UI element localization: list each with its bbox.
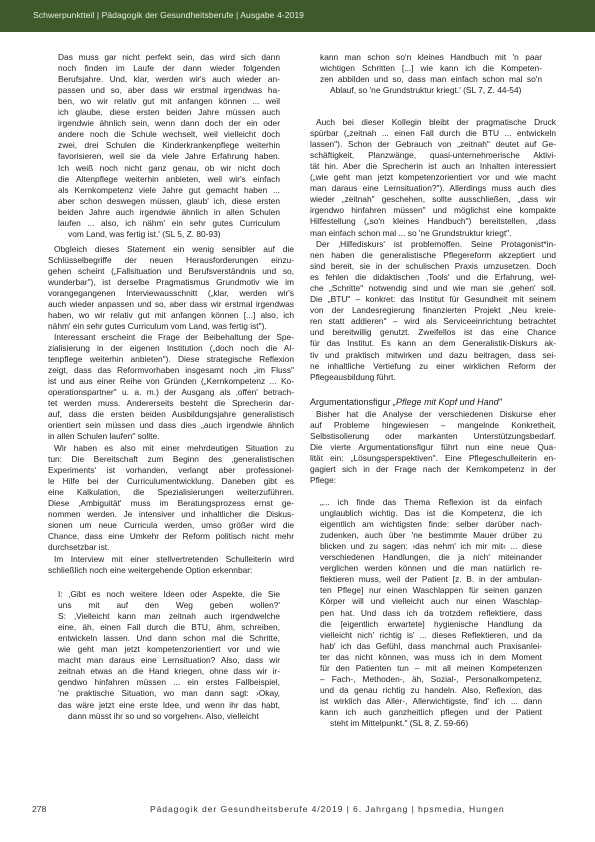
block-quote-line: unglaublich wichtig. Das ist die Kompete… (320, 508, 542, 519)
block-quote-line: „... ich finde das Thema Reflexion ist d… (320, 497, 542, 508)
paragraph-line: haben, wo wir relativ gut mit anfangen k… (48, 310, 294, 321)
block-quote-line: laufen ... also, ich nähm' ein sehr gute… (58, 218, 280, 229)
block-quote-line: wie geht man jetzt kompetenzorientiert v… (58, 644, 280, 655)
paragraph-line: man einfach schon mal ... so 'ne Grundst… (310, 228, 511, 239)
section-heading-prefix: Argumentationsfigur (310, 397, 393, 407)
block-quote-line: vielleicht nich' richtig is' ... dieses … (320, 630, 542, 641)
paragraph-line: eine Kalkulation, die Spezialisierungen … (48, 487, 294, 498)
paragraph-line: gehen scheint („Fallsituation und Berufs… (48, 266, 294, 277)
paragraph-line: orientiert sein müssen und dass dies „au… (48, 420, 294, 431)
paragraph-line: Chance, dass eine Umkehr der Reform poli… (48, 531, 294, 542)
block-quote-line: und da genau richtig zu handeln. Also, R… (320, 685, 542, 696)
block-quote-line: Das muss gar nicht perfekt sein, das wir… (58, 52, 280, 63)
paragraph-line: ist und aus einer Reihe von Gründen („Ke… (48, 376, 294, 387)
block-quote-line: – Fach-, Methoden-, äh, Sozial-, Persona… (320, 674, 542, 685)
block-quote-line: pen hat. Und dass ich da trotzdem reflek… (320, 608, 542, 619)
paragraph-line: Schlüsselbegriffe der neuen Herausforder… (48, 255, 294, 266)
block-quote-line: ten Pflege] nur einen Waschlappen für se… (320, 585, 542, 596)
block-quote-line: die Altenpflege weiterhin anbieten, weil… (58, 174, 280, 185)
paragraph-line: ren statt addieren" – wird als Serviceei… (310, 316, 556, 327)
paragraph-line: sind bereit, sie in der schulischen Prax… (310, 261, 556, 272)
paragraph-line: sionen um neue Curricula werden, umso gr… (48, 520, 294, 531)
paragraph-line: ne inhaltliche Vertiefung zu einer wirkl… (310, 361, 556, 372)
paragraph-line: auf, dass die ersten beiden Ausbildungsj… (48, 409, 294, 420)
paragraph-line: Experiments' ist vorhanden, verlangt abe… (48, 465, 294, 476)
block-quote-line: S: ‚Vielleicht kann man zeitnah auch irg… (58, 611, 280, 622)
block-quote-line: entwickeln lassen. Und dann schon mal di… (58, 633, 280, 644)
block-quote-line: uns mit auf den Weg geben wollen?' (58, 600, 280, 611)
block-quote-line: flektieren muss, weil der Patient [z. B.… (320, 574, 542, 585)
block-quote-line: dann müsst ihr so und so vorgehen‹. Also… (58, 711, 304, 722)
block-quote-line: noch finden im Laufe der dann wieder fol… (58, 63, 280, 74)
block-quote-line: vom Land, was fertig ist.' (SL 5, Z. 80-… (58, 229, 304, 240)
paragraph-line: Diese ‚Ambiguität' muss im Beratungsproz… (48, 498, 294, 509)
paragraph-line: von der Landesregierung finanzierten Pro… (310, 305, 556, 316)
block-quote-line: Ich weiß noch nicht ganz genau, ob wir n… (58, 163, 280, 174)
block-quote-line: Körper will und vielleicht auch nur eine… (320, 596, 542, 607)
block-quote-line: Ablauf, so 'ne Grundstruktur kriegt.' (S… (320, 85, 566, 96)
paragraph-line: Pflege: (310, 475, 336, 486)
block-quote-line: irgendwie ähnlich sein, wenn dann doch d… (58, 118, 280, 129)
block-quote-line: ben, wo wir relativ gut mit anfangen kön… (58, 96, 280, 107)
paragraph-line: Wir haben es also mit einer mehrdeutigen… (48, 443, 294, 454)
block-quote-line: verglichen werden können und die man nat… (320, 563, 542, 574)
paragraph-line: tun: Die Bereitschaft zum Beginn des ‚ge… (48, 454, 294, 465)
running-header-title: Schwerpunktteil | Pädagogik der Gesundhe… (33, 10, 304, 20)
paragraph-line: che „Schritte" notwendig sind und wie ma… (310, 283, 556, 294)
paragraph-line: tet werden muss. Andererseits besteht di… (48, 398, 294, 409)
block-quote-line: zen abbilden und so, dass man einfach sc… (320, 74, 542, 85)
paragraph-line: nommen werden. Je intensiver und inhaltl… (48, 509, 294, 520)
block-quote-line: andere noch die Schule wechselt, weil vi… (58, 129, 280, 140)
paragraph-line: Selbstisolierung oder markanten Unterstü… (310, 431, 556, 442)
paragraph-line: Interessant erscheint die Frage der Beib… (48, 332, 294, 343)
paragraph-line: Der ‚Hilfediskurs' ist problemoffen. Sei… (310, 239, 556, 250)
paragraph-line: Obgleich dieses Statement ein wenig sens… (48, 244, 294, 255)
page-footer: 278 Pädagogik der Gesundheitsberufe 4/20… (0, 804, 595, 818)
block-quote-line: beiden Jahre auch irgendwie ähnlich in a… (58, 207, 280, 218)
block-quote-line: favorisieren, weil sie da viele Jahre Er… (58, 151, 280, 162)
running-header-bar: Schwerpunktteil | Pädagogik der Gesundhe… (0, 0, 595, 32)
block-quote-line: 'ne praktische Situation, wo man dann sa… (58, 688, 280, 699)
block-quote-line: ist wirklich das Aller-, Allerwichtigste… (320, 696, 542, 707)
block-quote-line: als Kernkompetenz viele Jahre gut gemach… (58, 185, 280, 196)
paragraph-line: in allen Schulen laufen" sollte. (48, 431, 159, 442)
block-quote-line: steht im Mittelpunkt." (SL 8, Z. 59-66) (320, 718, 566, 729)
block-quote-line: kann ich auch ganzheitlich pflegen und d… (320, 707, 542, 718)
paragraph-line: tenpflege weiterhin anbieten"). Diese st… (48, 354, 294, 365)
block-quote-line: zwei, drei Schulen die Kinderkrankenpfle… (58, 140, 280, 151)
block-quote-line: die [eigentlich erwartete] hygienische H… (320, 619, 542, 630)
paragraph-line: auf Probleme hingewiesen – mangelnde Kon… (310, 420, 556, 431)
paragraph-line: lassen"). Schon der Gebrauch von „zeitna… (310, 139, 556, 150)
paragraph-line: irgendwo hinfahren müssen" und möglichst… (310, 205, 556, 216)
paragraph-line: auch wieder anpassen und so, aber dass w… (48, 299, 294, 310)
paragraph-line: Die „BTU" – konkret: das Institut für Ge… (310, 294, 556, 305)
paragraph-line: nen haben die generalistische Pflegerefo… (310, 250, 556, 261)
block-quote-line: hab' ich das Gefühl, dass manchmal auch … (320, 641, 542, 652)
paragraph-line: le Hilfe bei der Curriculumentwicklung. … (48, 476, 294, 487)
block-quote-line: ich glaube, diese ersten beiden Jahre mü… (58, 107, 280, 118)
paragraph-line: wunderbar"), ist derselbe Pragmatismus G… (48, 277, 294, 288)
block-quote-line: gendwo hinfahren müssen ... ein erstes F… (58, 677, 280, 688)
paragraph-line: lität ein: „Lösungsperspektiven". Eine P… (310, 453, 556, 464)
block-quote-line: aber schon deswegen müssen, glaub' ich, … (58, 196, 280, 207)
paragraph-line: wieder „zeitnah" geschehen, sollte aussc… (310, 194, 556, 205)
paragraph-line: operationspartner" u. a. m.) der Ausgang… (48, 387, 294, 398)
block-quote-line: zudenken, auch über 'ne bestimmte Mauer … (320, 530, 542, 541)
paragraph-line: schäftigkeit, Planzwänge, quasi-unterneh… (310, 150, 556, 161)
block-quote-line: ter das nicht können, was muss ich in de… (320, 652, 542, 663)
block-quote-line: für den Patienten tun – mit all meinen K… (320, 663, 542, 674)
paragraph-line: gagiert sich in der Frage nach der Kernk… (310, 464, 556, 475)
block-quote-line: blicken und zu sagen: ›das nehm' ich mir… (320, 541, 542, 552)
block-quote-line: kann man schon so'n kleines Handbuch mit… (320, 52, 542, 63)
block-quote-line: macht man daraus eine Lernsituation? Als… (58, 655, 280, 666)
section-heading: Argumentationsfigur „Pflege mit Kopf und… (310, 397, 502, 407)
block-quote-line: eine, äh, einen Fall durch die BTU, ähm,… (58, 622, 280, 633)
block-quote-line: I: ‚Gibt es noch weitere Ideen oder Aspe… (58, 589, 280, 600)
paragraph-line: Auch bei dieser Kollegin bleibt der prag… (310, 117, 556, 128)
block-quote-line: wichtigen Schritten [...] wie kann ich d… (320, 63, 542, 74)
paragraph-line: man daraus eine Lernsituation?"). Allerd… (310, 183, 556, 194)
paragraph-line: tiv und praktisch mitwirken und dazu bei… (310, 350, 556, 361)
paragraph-line: vorangegangenen Interviewausschnitt („kl… (48, 288, 294, 299)
paragraph-line: Bisher hat die Analyse der verschiedenen… (310, 409, 556, 420)
paragraph-line: tät hin. Aber die Sprecherin ist auch an… (310, 161, 556, 172)
paragraph-line: durchsetzbar ist. (48, 542, 109, 553)
block-quote-line: verschiedenen Handlungen, die ja nich' m… (320, 552, 542, 563)
paragraph-line: Die vierte Argumentationsfigur führt nun… (310, 442, 556, 453)
footer-journal-info: Pädagogik der Gesundheitsberufe 4/2019 |… (150, 804, 505, 814)
page-number: 278 (32, 804, 46, 814)
paragraph-line: schließlich noch eine weitergehende Opti… (48, 565, 252, 576)
paragraph-line: zialisierung in der eigenen Institution … (48, 343, 294, 354)
paragraph-line: spürbar („zeitnah ... einen Fall durch d… (310, 128, 556, 139)
paragraph-line: zeigt, dass das Reformvorhaben insgesamt… (48, 365, 294, 376)
block-quote-line: Berufsjahre. Und, klar, werden wir's auc… (58, 74, 280, 85)
paragraph-line: und bereitwillig genutzt. Zweifellos ist… (310, 327, 556, 338)
block-quote-line: passen und so, aber dass wir erstmal irg… (58, 85, 280, 96)
block-quote-line: eigentlich am wichtigsten finde: selber … (320, 519, 542, 530)
block-quote-line: das wäre jetzt eine erste Idee, und wenn… (58, 700, 280, 711)
paragraph-line: nähm' ein sehr gutes Curriculum vom Land… (48, 321, 267, 332)
paragraph-line: Pflegeausbildung führt. (310, 372, 396, 383)
paragraph-line: („wie geht man jetzt kompetenzorientiert… (310, 172, 556, 183)
paragraph-line: Im Interview mit einer stellvertretenden… (48, 554, 294, 565)
paragraph-line: Hilfestellung („so'n kleines Handbuch") … (310, 216, 556, 227)
paragraph-line: für das Institut. Es kann an dem General… (310, 338, 556, 349)
section-heading-title: „Pflege mit Kopf und Hand" (393, 397, 502, 407)
block-quote-line: zeitnah etwas an die Hand kriegen, ohne … (58, 666, 280, 677)
paragraph-line: es fehlen die didaktischen ‚Tools' und d… (310, 272, 556, 283)
